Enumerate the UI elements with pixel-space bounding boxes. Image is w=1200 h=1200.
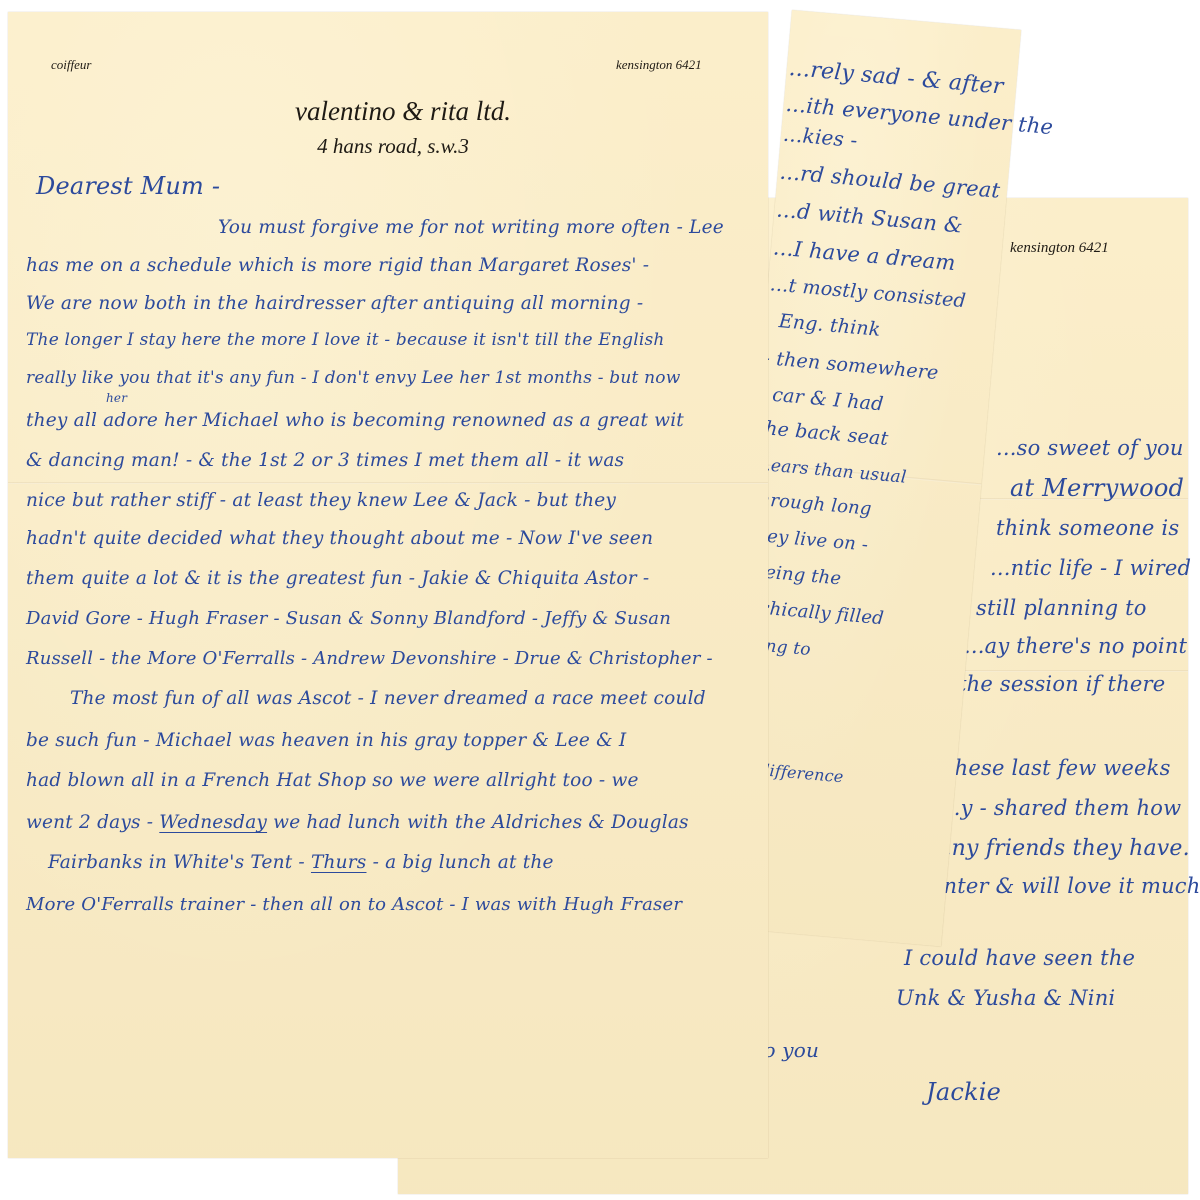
letter-line: be such fun - Michael was heaven in his …	[26, 730, 626, 751]
letter-line: The longer I stay here the more I love i…	[26, 330, 665, 350]
letter-line: went 2 days - Wednesday we had lunch wit…	[26, 812, 689, 833]
letter-line: ...ny friends they have.	[930, 836, 1190, 861]
letter-line: ...ntic life - I wired	[990, 556, 1191, 580]
letter-line: ...d with Susan &	[776, 197, 964, 237]
letter-line: at Merrywood	[1010, 474, 1184, 502]
letter-text: went 2 days -	[26, 812, 159, 833]
letter-line: nice but rather stiff - at least they kn…	[26, 490, 616, 511]
letter-line: had blown all in a French Hat Shop so we…	[26, 770, 639, 791]
letterhead-phone: kensington 6421	[616, 57, 702, 73]
letter-line: ...t mostly consisted	[769, 273, 967, 312]
letter-line: ...y - shared them how	[940, 796, 1181, 820]
fold-crease	[8, 482, 768, 484]
letter-line: the back seat	[757, 417, 890, 450]
letter-line: More O'Ferralls trainer - then all on to…	[26, 894, 682, 915]
letter-text: Fairbanks in White's Tent -	[48, 852, 311, 873]
letterhead-coiffeur: coiffeur	[51, 57, 91, 73]
letter-text: - a big lunch at the	[366, 852, 553, 873]
letter-line: has me on a schedule which is more rigid…	[26, 255, 649, 276]
salutation: Dearest Mum -	[36, 172, 220, 200]
letter-line: ...so sweet of you	[996, 436, 1184, 460]
letter-line: Unk & Yusha & Nini	[896, 986, 1115, 1010]
letter-line: Russell - the More O'Ferralls - Andrew D…	[26, 648, 713, 669]
letter-line: through long	[750, 488, 872, 519]
letter-line: Fairbanks in White's Tent - Thurs - a bi…	[48, 852, 554, 873]
letter-line: them quite a lot & it is the greatest fu…	[26, 568, 649, 589]
letter-line: David Gore - Hugh Fraser - Susan & Sonny…	[26, 608, 671, 629]
letter-line: The most fun of all was Ascot - I never …	[70, 688, 706, 709]
letter-line: they all adore her Michael who is becomi…	[26, 410, 684, 431]
letter-line: ...kies -	[782, 122, 858, 152]
letter-text: we had lunch with the Aldriches & Dougla…	[267, 812, 689, 833]
letter-line: ...ay there's no point	[964, 634, 1187, 658]
underlined-word: Thurs	[311, 852, 367, 873]
letter-line: I could have seen the	[904, 946, 1135, 970]
letter-line: Eng. think	[778, 310, 882, 341]
letter-line: - then somewhere	[763, 347, 940, 384]
letter-line: ...inter & will love it much	[916, 874, 1200, 898]
letter-line: & dancing man! - & the 1st 2 or 3 times …	[26, 450, 624, 471]
letter-line: hadn't quite decided what they thought a…	[26, 528, 653, 549]
letter-line: ...rely sad - & after	[788, 56, 1005, 100]
letter-line: ...ears than usual	[753, 454, 907, 487]
underlined-word: Wednesday	[159, 812, 267, 833]
signature: Jackie	[926, 1078, 1001, 1106]
letter-line: You must forgive me for not writing more…	[218, 217, 724, 238]
letterhead-phone: kensington 6421	[1010, 240, 1109, 257]
letter-line: the session if there	[958, 672, 1165, 696]
letter-line: really like you that it's any fun - I do…	[26, 368, 681, 388]
letterhead-address: 4 hans road, s.w.3	[8, 134, 768, 159]
letter-line: We are now both in the hairdresser after…	[26, 293, 643, 314]
letter-line: car & I had	[771, 384, 884, 416]
letter-line: still planning to	[976, 596, 1147, 620]
letterhead-company: valentino & rita ltd.	[8, 96, 768, 127]
letter-page-1: coiffeur kensington 6421 valentino & rit…	[8, 12, 768, 1158]
letter-line: these last few weeks	[946, 756, 1171, 780]
interlinear-insert: her	[106, 391, 127, 405]
letter-line: ...I have a dream	[772, 235, 956, 275]
letter-line: think someone is	[996, 516, 1179, 540]
letter-line: ...rd should be great	[779, 160, 1001, 203]
